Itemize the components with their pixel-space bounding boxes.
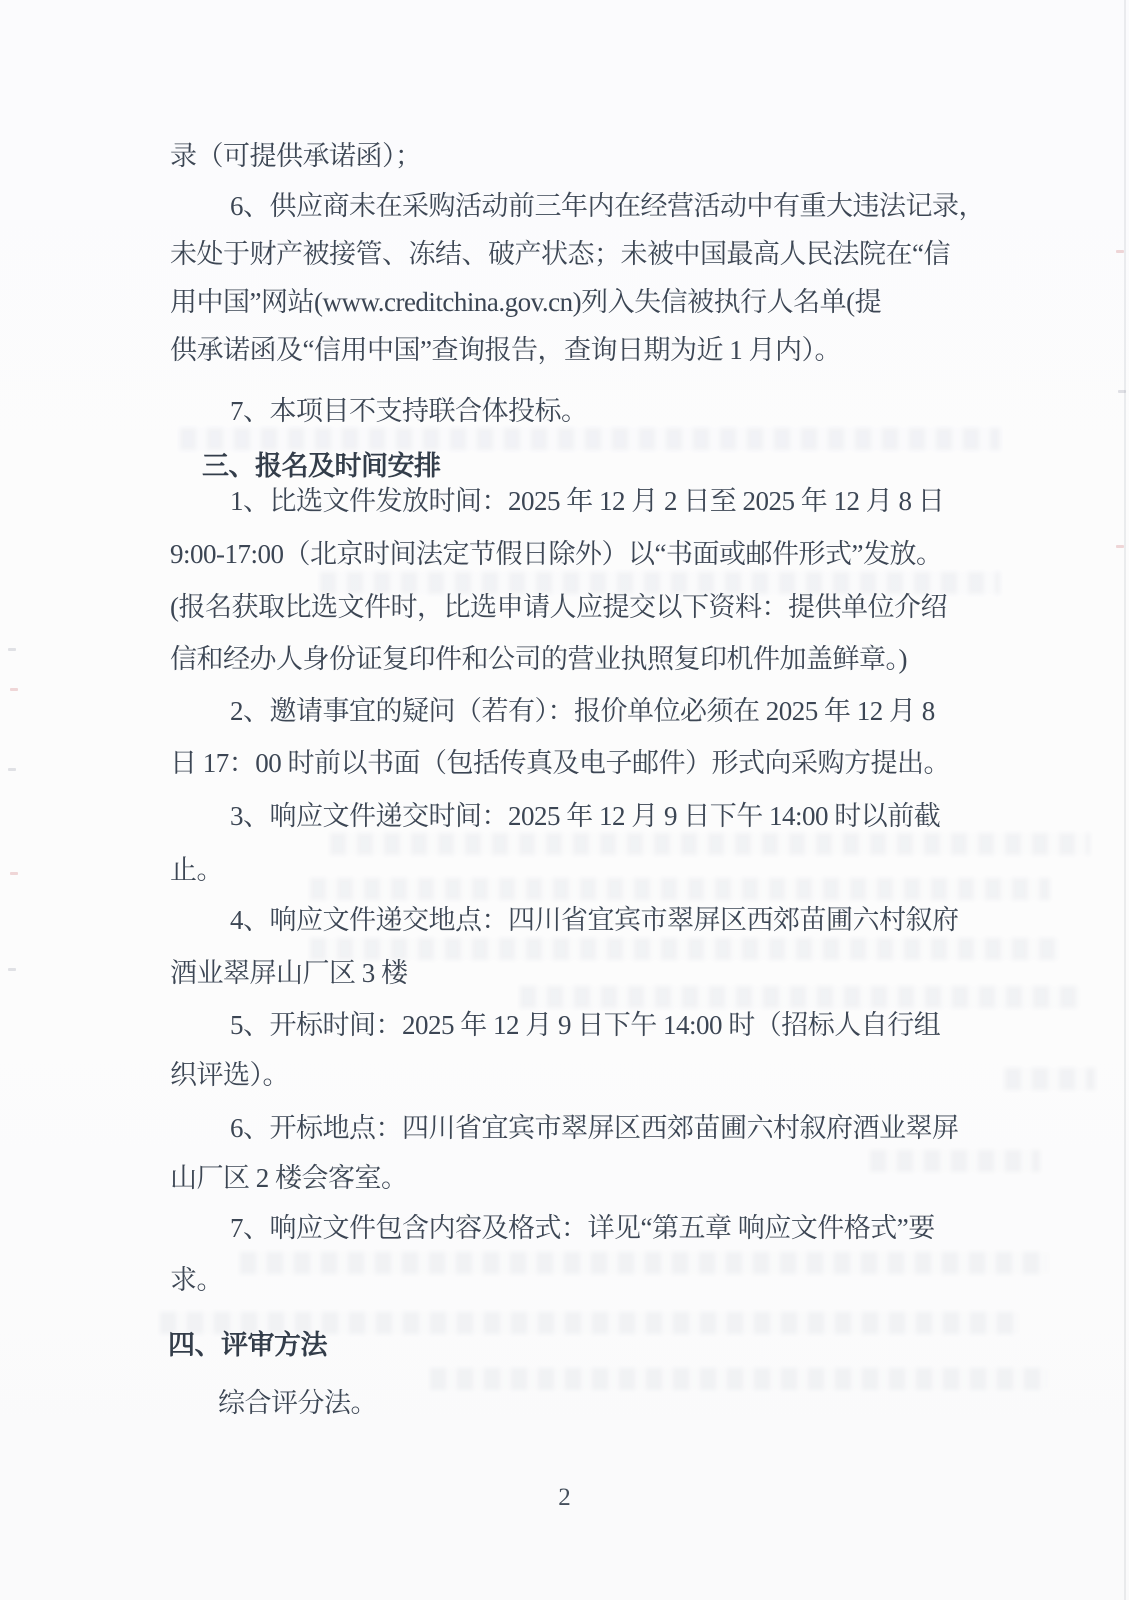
doc-line: 止。 <box>170 853 223 887</box>
doc-line: 酒业翠屏山厂区 3 楼 <box>170 956 408 990</box>
scan-artifact <box>8 968 16 971</box>
doc-line: 6、供应商未在采购活动前三年内在经营活动中有重大违法记录， <box>230 189 985 223</box>
scanned-document-page: 录（可提供承诺函）； 6、供应商未在采购活动前三年内在经营活动中有重大违法记录，… <box>0 0 1129 1600</box>
bleed-through-ghost <box>520 986 1080 1008</box>
doc-line: 织评选）。 <box>170 1058 289 1092</box>
doc-line: 6、开标地点：四川省宜宾市翠屏区西郊苗圃六村叙府酒业翠屏 <box>230 1111 959 1145</box>
bleed-through-ghost <box>330 833 1090 855</box>
scan-artifact <box>8 648 16 651</box>
doc-line: 2、邀请事宜的疑问（若有）：报价单位必须在 2025 年 12 月 8 <box>230 694 935 728</box>
doc-line: 7、响应文件包含内容及格式：详见“第五章 响应文件格式”要 <box>230 1211 935 1245</box>
doc-line: 未处于财产被接管、冻结、破产状态；未被中国最高人民法院在“信 <box>170 237 950 271</box>
scan-artifact <box>1118 390 1126 393</box>
section-heading-evaluation-method: 四、评审方法 <box>168 1328 327 1362</box>
scan-edge-line <box>1124 0 1126 1600</box>
doc-line: 1、比选文件发放时间：2025 年 12 月 2 日至 2025 年 12 月 … <box>230 484 944 518</box>
doc-line: 山厂区 2 楼会客室。 <box>170 1161 408 1195</box>
doc-line: 信和经办人身份证复印件和公司的营业执照复印机件加盖鲜章。) <box>170 642 907 676</box>
doc-line: 7、本项目不支持联合体投标。 <box>230 394 588 428</box>
doc-line: 综合评分法。 <box>218 1386 377 1420</box>
bleed-through-ghost <box>430 1368 1050 1390</box>
scan-artifact <box>1116 545 1124 548</box>
doc-line: 3、响应文件递交时间：2025 年 12 月 9 日下午 14:00 时以前截 <box>230 799 940 833</box>
doc-line: 用中国”网站(www.creditchina.gov.cn)列入失信被执行人名单… <box>170 285 881 319</box>
bleed-through-ghost <box>180 428 1000 450</box>
section-heading-signup-schedule: 三、报名及时间安排 <box>202 449 441 483</box>
bleed-through-ghost <box>240 1252 1050 1274</box>
bleed-through-ghost <box>1005 1068 1095 1090</box>
doc-line: 供承诺函及“信用中国”查询报告，查询日期为近 1 月内）。 <box>170 333 841 367</box>
doc-line: 4、响应文件递交地点：四川省宜宾市翠屏区西郊苗圃六村叙府 <box>230 903 959 937</box>
doc-line: 日 17：00 时前以书面（包括传真及电子邮件）形式向采购方提出。 <box>170 746 950 780</box>
doc-line: (报名获取比选文件时，比选申请人应提交以下资料：提供单位介绍 <box>170 590 947 624</box>
bleed-through-ghost <box>310 938 1060 960</box>
doc-line: 求。 <box>170 1263 223 1297</box>
scan-artifact <box>10 688 18 691</box>
doc-line: 5、开标时间：2025 年 12 月 9 日下午 14:00 时（招标人自行组 <box>230 1008 940 1042</box>
bleed-through-ghost <box>870 1150 1040 1172</box>
doc-line: 录（可提供承诺函）； <box>170 139 422 173</box>
scan-artifact <box>8 768 16 771</box>
page-number: 2 <box>0 1484 1129 1512</box>
bleed-through-ghost <box>310 878 1050 900</box>
scan-artifact <box>1116 250 1124 253</box>
doc-line: 9:00-17:00（北京时间法定节假日除外）以“书面或邮件形式”发放。 <box>170 537 942 571</box>
scan-artifact <box>10 872 18 875</box>
